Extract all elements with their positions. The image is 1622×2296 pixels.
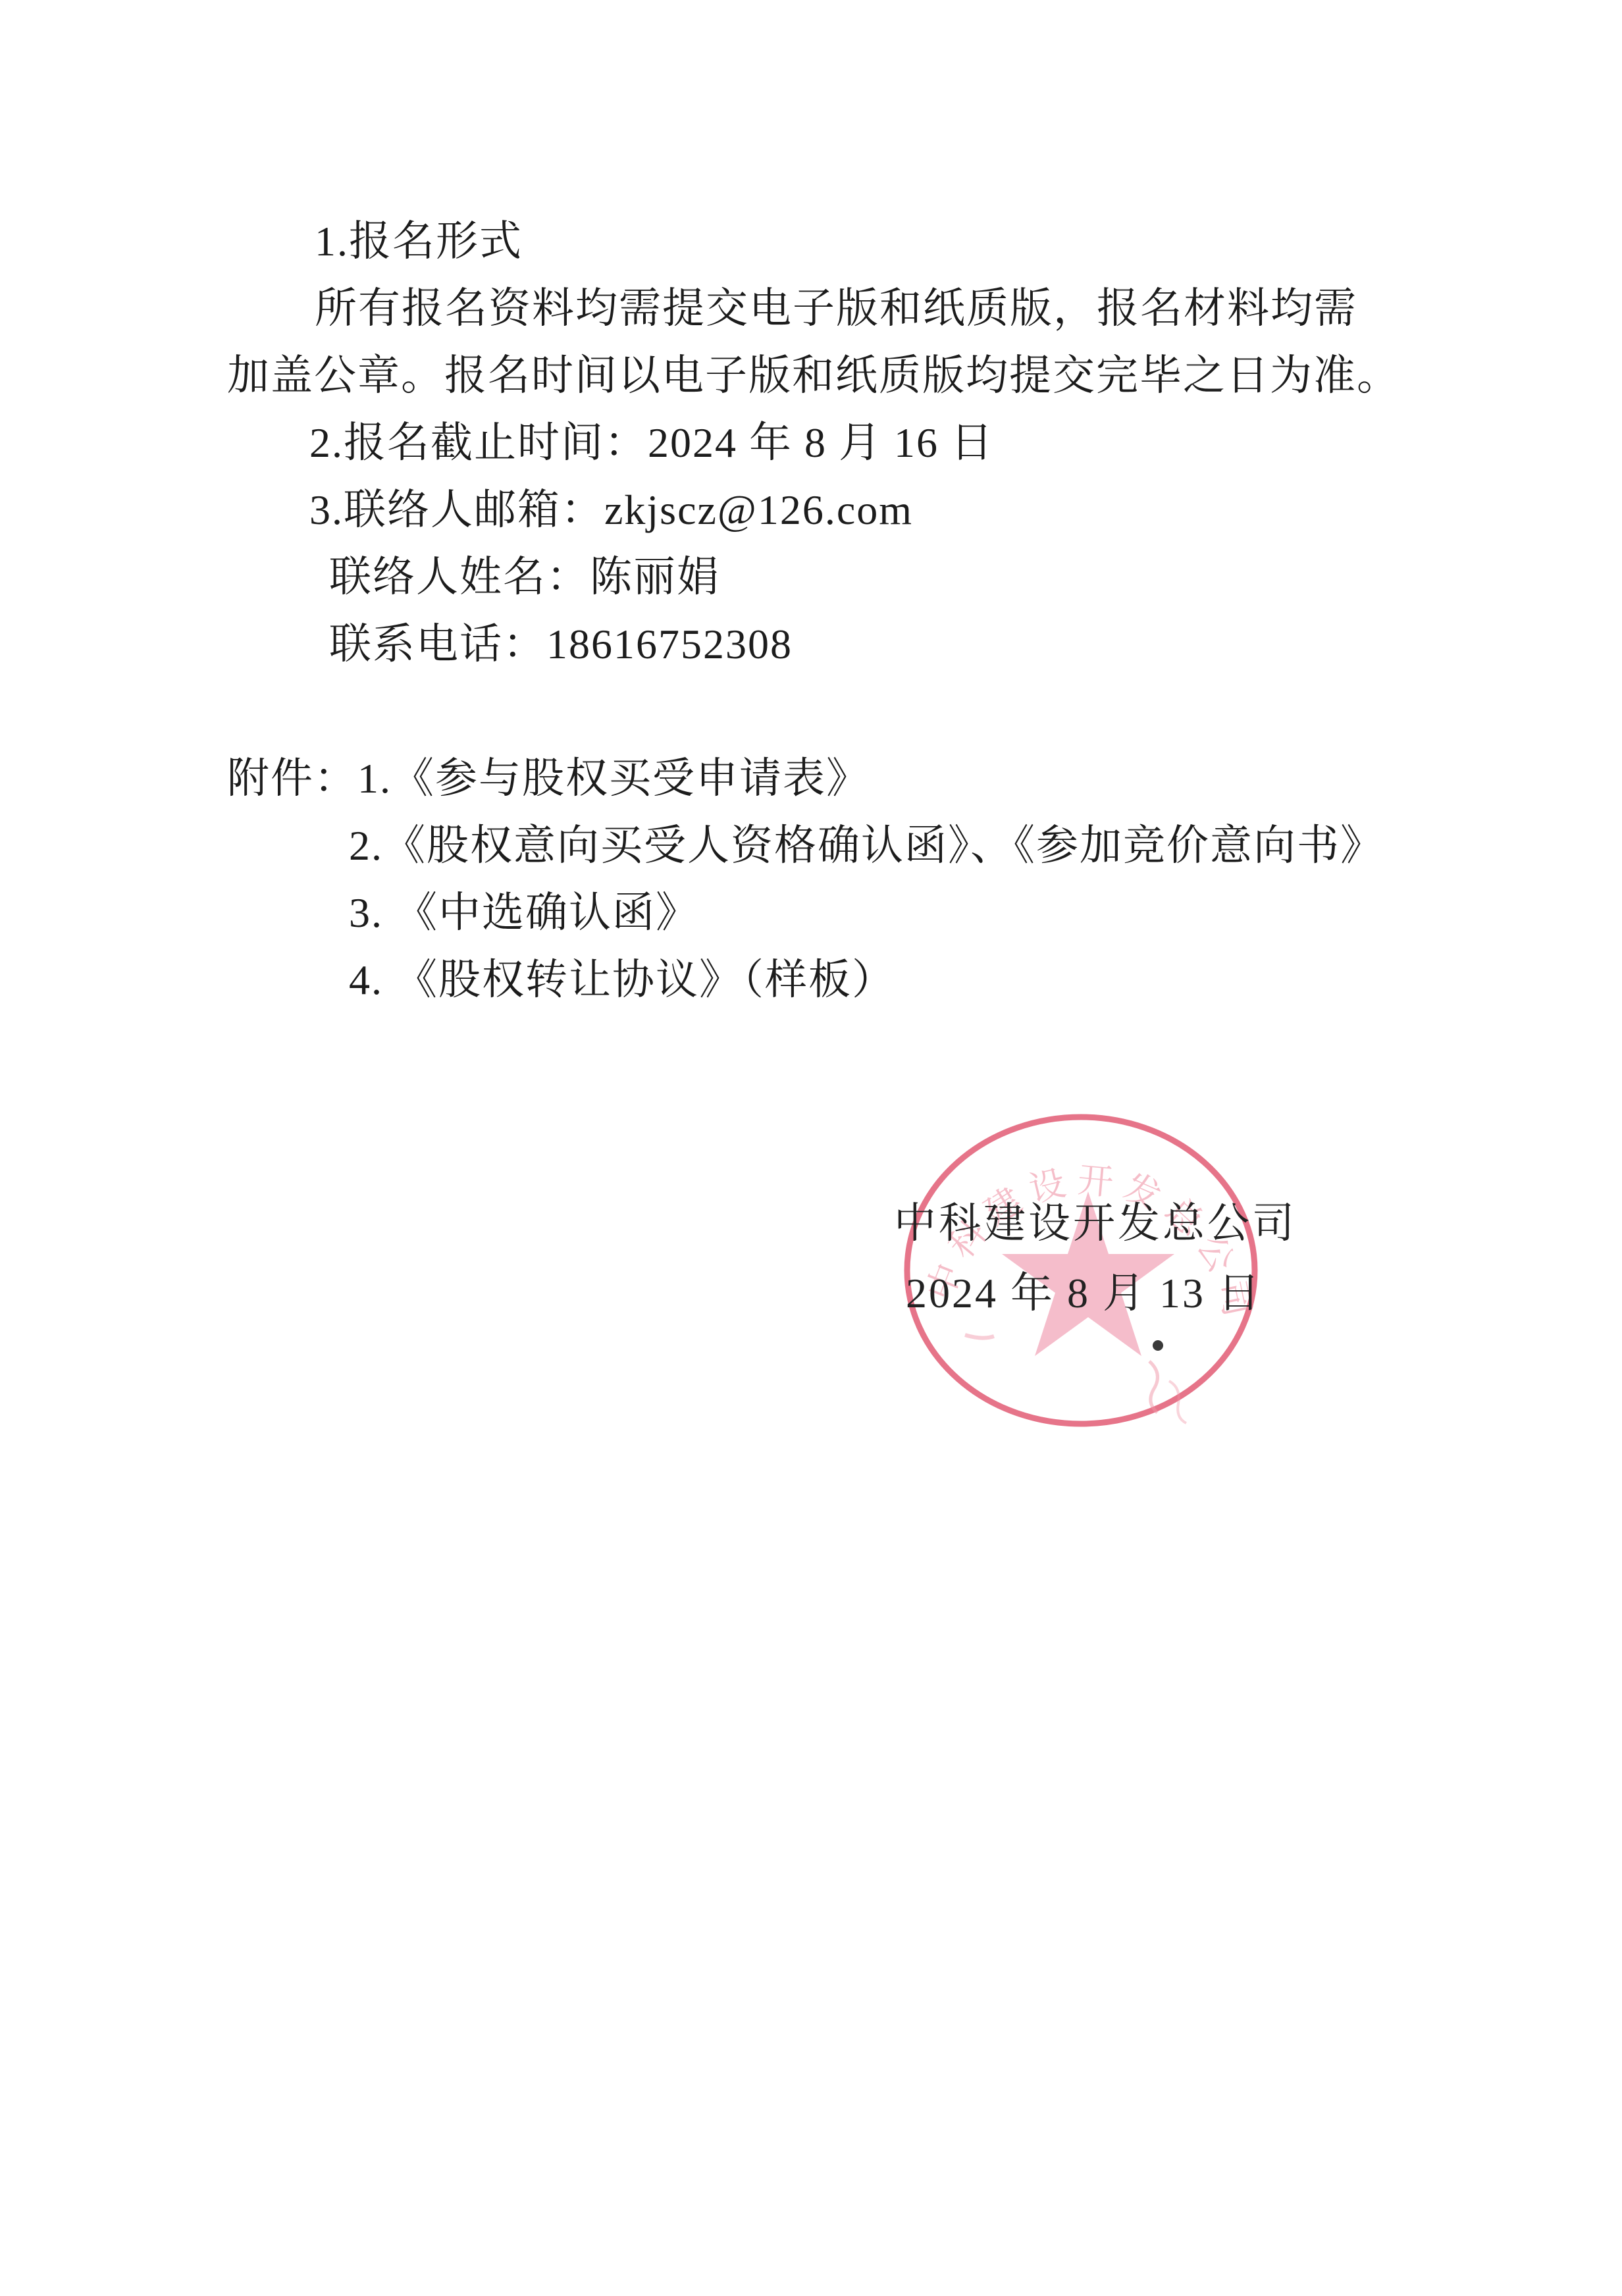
attachment-item-1: 1.《参与股权买受申请表》	[357, 755, 870, 802]
attachments-label: 附件：	[227, 755, 357, 802]
attachment-item-3: 3. 《中选确认函》	[227, 879, 1412, 947]
seal-smudge	[965, 1335, 994, 1338]
attachments-line-1: 附件：1.《参与股权买受申请表》	[227, 745, 1412, 812]
seal-smudge	[1149, 1361, 1158, 1413]
document-page: 1.报名形式 所有报名资料均需提交电子版和纸质版，报名材料均需 加盖公章。报名时…	[0, 0, 1622, 2296]
attachment-item-4: 4. 《股权转让协议》（样板）	[227, 947, 1412, 1014]
paragraph-contact-name: 联络人姓名：陈丽娟	[227, 544, 1412, 611]
paragraph-contact-email: 3.联络人邮箱：zkjscz@126.com	[227, 477, 1412, 544]
paragraph-deadline: 2.报名截止时间：2024 年 8 月 16 日	[227, 409, 1412, 477]
document-body: 1.报名形式 所有报名资料均需提交电子版和纸质版，报名材料均需 加盖公章。报名时…	[227, 208, 1412, 1014]
attachment-item-2: 2.《股权意向买受人资格确认函》、《参加竞价意向书》	[227, 812, 1412, 879]
seal-smudge	[1169, 1381, 1186, 1423]
paragraph-body-line-2: 加盖公章。报名时间以电子版和纸质版均提交完毕之日为准。	[227, 342, 1412, 409]
paragraph-heading-1: 1.报名形式	[227, 208, 1412, 275]
paragraph-body-line-1: 所有报名资料均需提交电子版和纸质版，报名材料均需	[227, 275, 1412, 342]
blank-line	[227, 678, 1412, 745]
ink-dot-mark	[1153, 1340, 1163, 1351]
signature-company-name: 中科建设开发总公司	[894, 1190, 1297, 1257]
signature-date: 2024 年 8 月 13 日	[906, 1260, 1262, 1327]
paragraph-contact-phone: 联系电话：18616752308	[227, 611, 1412, 678]
